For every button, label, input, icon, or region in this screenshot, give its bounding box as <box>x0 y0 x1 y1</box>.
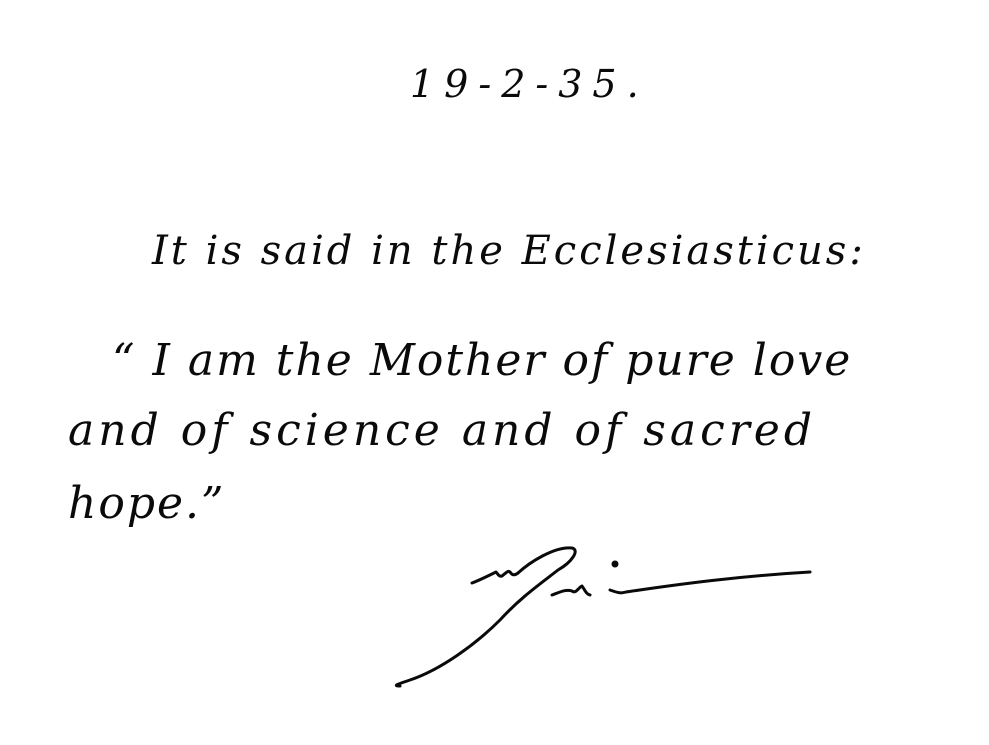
quote-line-1: “ I am the Mother of pure love <box>112 335 852 386</box>
quote-line-2: and of science and of sacred <box>68 405 816 456</box>
handwritten-note-page: 19-2-35. It is said in the Ecclesiasticu… <box>0 0 989 745</box>
quote-line-3: hope.” <box>68 478 226 529</box>
handwritten-signature-icon <box>380 540 830 700</box>
note-intro-line: It is said in the Ecclesiasticus: <box>152 228 866 274</box>
note-date: 19-2-35. <box>410 62 649 106</box>
